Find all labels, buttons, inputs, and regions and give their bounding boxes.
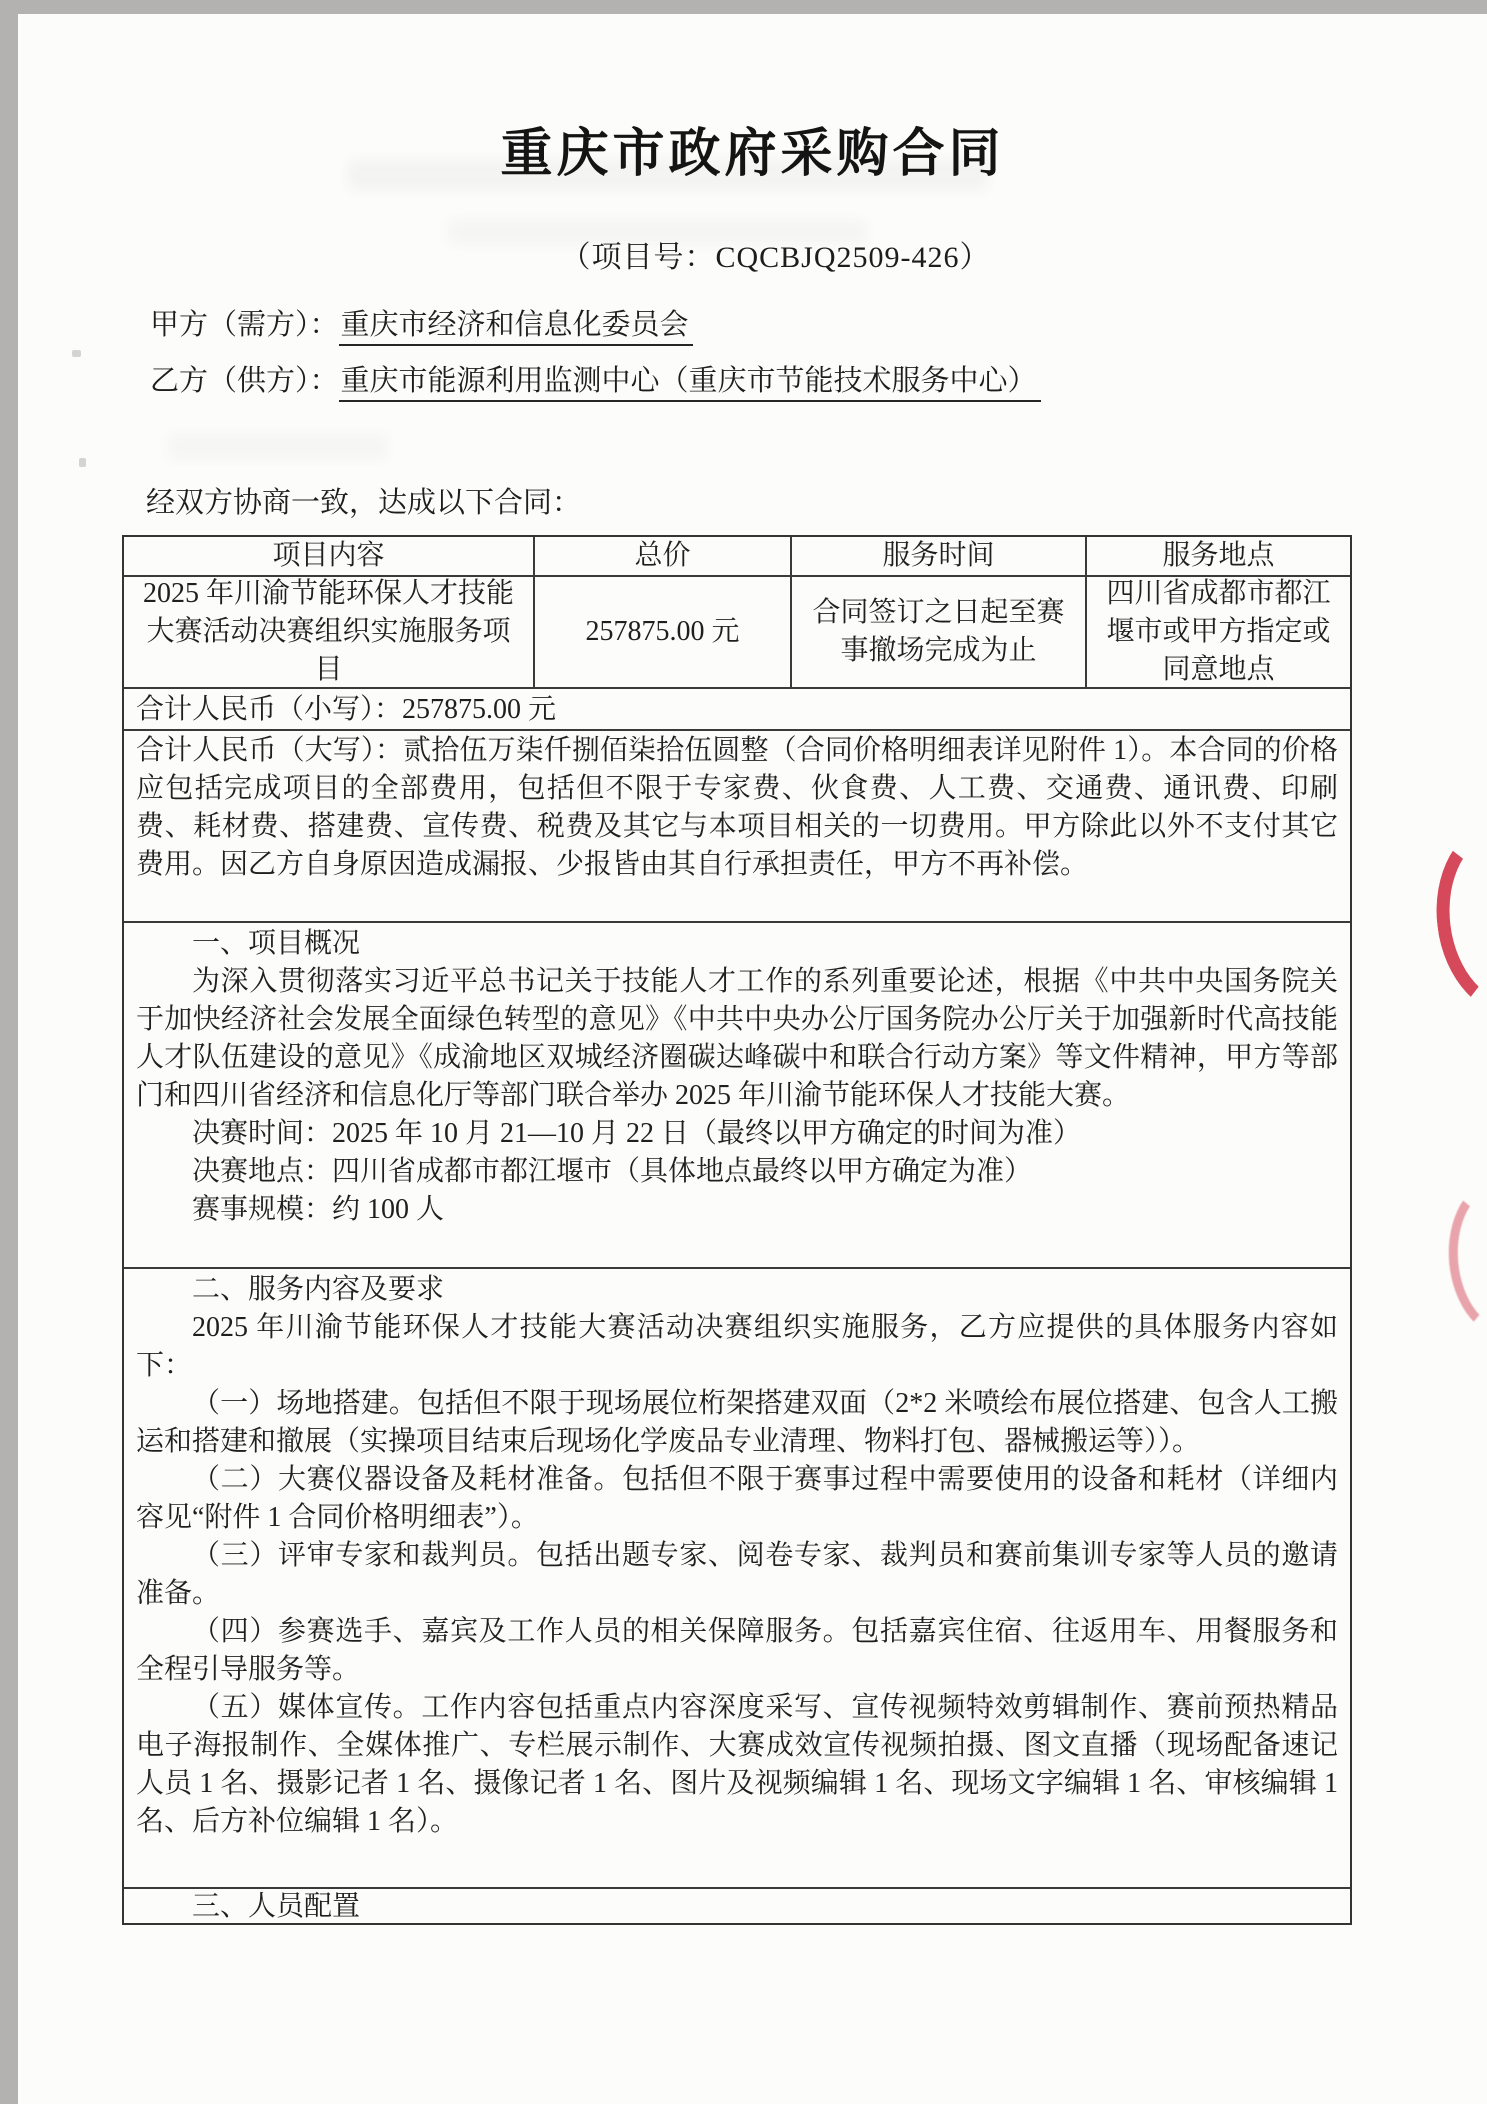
section-3-heading: 三、人员配置 xyxy=(136,1891,1338,1923)
header-service-time: 服务时间 xyxy=(790,537,1085,575)
total-uppercase: 合计人民币（大写）：贰拾伍万柒仟捌佰柒拾伍圆整（合同价格明细表详见附件 1）。本… xyxy=(124,731,1350,921)
agreement-intro: 经双方协商一致，达成以下合同： xyxy=(146,480,581,521)
section-2-intro: 2025 年川渝节能环保人才技能大赛活动决赛组织实施服务，乙方应提供的具体服务内… xyxy=(136,1309,1338,1385)
contract-table: 项目内容 总价 服务时间 服务地点 2025 年川渝节能环保人才技能大赛活动决赛… xyxy=(122,535,1352,1925)
header-service-location: 服务地点 xyxy=(1085,537,1350,575)
event-scale-line: 赛事规模：约 100 人 xyxy=(136,1191,1338,1229)
section-1-paragraph: 为深入贯彻落实习近平总书记关于技能人才工作的系列重要论述，根据《中共中央国务院关… xyxy=(136,963,1338,1115)
final-place-line: 决赛地点：四川省成都市都江堰市（具体地点最终以甲方确定为准） xyxy=(136,1153,1338,1191)
service-item-5: （五）媒体宣传。工作内容包括重点内容深度采写、宣传视频特效剪辑制作、赛前预热精品… xyxy=(136,1689,1338,1841)
cell-total-price: 257875.00 元 xyxy=(533,577,790,687)
service-item-4: （四）参赛选手、嘉宾及工作人员的相关保障服务。包括嘉宾住宿、往返用车、用餐服务和… xyxy=(136,1613,1338,1689)
section-2-heading: 二、服务内容及要求 xyxy=(136,1271,1338,1309)
project-number: （项目号：CQCBJQ2509-426） xyxy=(18,232,1487,276)
cell-project-content: 2025 年川渝节能环保人才技能大赛活动决赛组织实施服务项目 xyxy=(124,577,533,687)
table-header-row: 项目内容 总价 服务时间 服务地点 xyxy=(124,537,1350,575)
scan-speck xyxy=(79,458,86,467)
scan-speck xyxy=(72,350,81,357)
party-b-line: 乙方（供方）：重庆市能源利用监测中心（重庆市节能技术服务中心） xyxy=(150,358,1041,399)
final-time-line: 决赛时间：2025 年 10 月 21—10 月 22 日（最终以甲方确定的时间… xyxy=(136,1115,1338,1153)
party-a-line: 甲方（需方）：重庆市经济和信息化委员会 xyxy=(150,302,693,343)
section-1-heading: 一、项目概况 xyxy=(136,925,1338,963)
party-b-label: 乙方（供方）： xyxy=(150,365,339,397)
section-2-service-content: 二、服务内容及要求 2025 年川渝节能环保人才技能大赛活动决赛组织实施服务，乙… xyxy=(124,1267,1350,1887)
service-item-2: （二）大赛仪器设备及耗材准备。包括但不限于赛事过程中需要使用的设备和耗材（详细内… xyxy=(136,1461,1338,1537)
total-lowercase-row: 合计人民币（小写）：257875.00 元 xyxy=(124,687,1350,729)
document-title: 重庆市政府采购合同 xyxy=(18,126,1487,183)
total-lowercase: 合计人民币（小写）：257875.00 元 xyxy=(124,689,1350,729)
party-a-value: 重庆市经济和信息化委员会 xyxy=(339,309,693,346)
service-item-3: （三）评审专家和裁判员。包括出题专家、阅卷专家、裁判员和赛前集训专家等人员的邀请… xyxy=(136,1537,1338,1613)
cell-service-time: 合同签订之日起至赛事撤场完成为止 xyxy=(790,577,1085,687)
header-total-price: 总价 xyxy=(533,537,790,575)
header-project-content: 项目内容 xyxy=(124,537,533,575)
paper-sheet: 重庆市政府采购合同 （项目号：CQCBJQ2509-426） 甲方（需方）：重庆… xyxy=(18,14,1487,2104)
section-3-staffing: 三、人员配置 xyxy=(124,1887,1350,1923)
party-a-label: 甲方（需方）： xyxy=(150,309,339,341)
service-item-1: （一）场地搭建。包括但不限于现场展位桁架搭建双面（2*2 米喷绘布展位搭建、包含… xyxy=(136,1385,1338,1461)
bleedthrough-smudge xyxy=(168,434,388,460)
cell-service-location: 四川省成都市都江堰市或甲方指定或同意地点 xyxy=(1085,577,1350,687)
total-uppercase-row: 合计人民币（大写）：贰拾伍万柒仟捌佰柒拾伍圆整（合同价格明细表详见附件 1）。本… xyxy=(124,729,1350,921)
party-b-value: 重庆市能源利用监测中心（重庆市节能技术服务中心） xyxy=(339,365,1041,402)
scanned-contract-page: { "document": { "title": "重庆市政府采购合同", "p… xyxy=(0,0,1487,2104)
section-1-project-overview: 一、项目概况 为深入贯彻落实习近平总书记关于技能人才工作的系列重要论述，根据《中… xyxy=(124,921,1350,1267)
table-row: 2025 年川渝节能环保人才技能大赛活动决赛组织实施服务项目 257875.00… xyxy=(124,575,1350,687)
